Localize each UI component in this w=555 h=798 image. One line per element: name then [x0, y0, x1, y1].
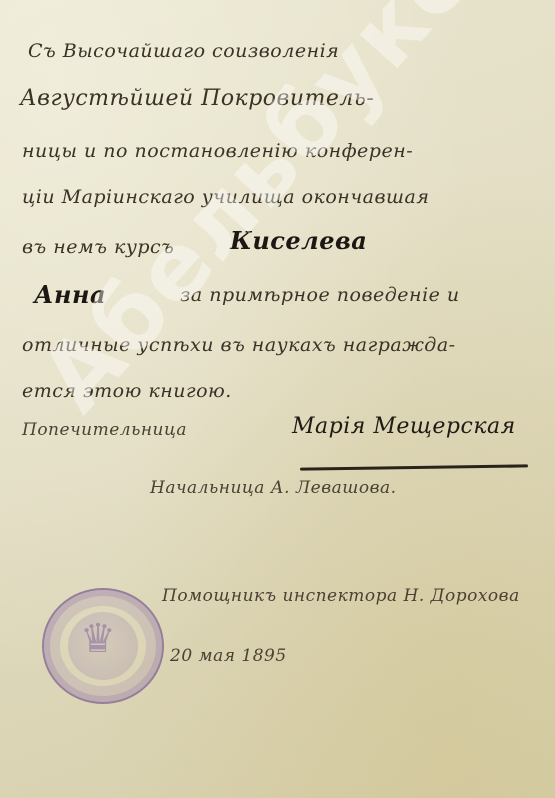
inspector-signature: Помощникъ инспектора Н. Дорохова — [162, 586, 520, 606]
double-headed-eagle-icon: ♛ — [80, 616, 116, 662]
trustee-signature: Марія Мещерская — [292, 414, 516, 439]
headmistress-signature: Начальница А. Левашова. — [150, 478, 397, 498]
official-stamp: ♛ — [42, 588, 164, 704]
date: 20 мая 1895 — [170, 646, 287, 666]
